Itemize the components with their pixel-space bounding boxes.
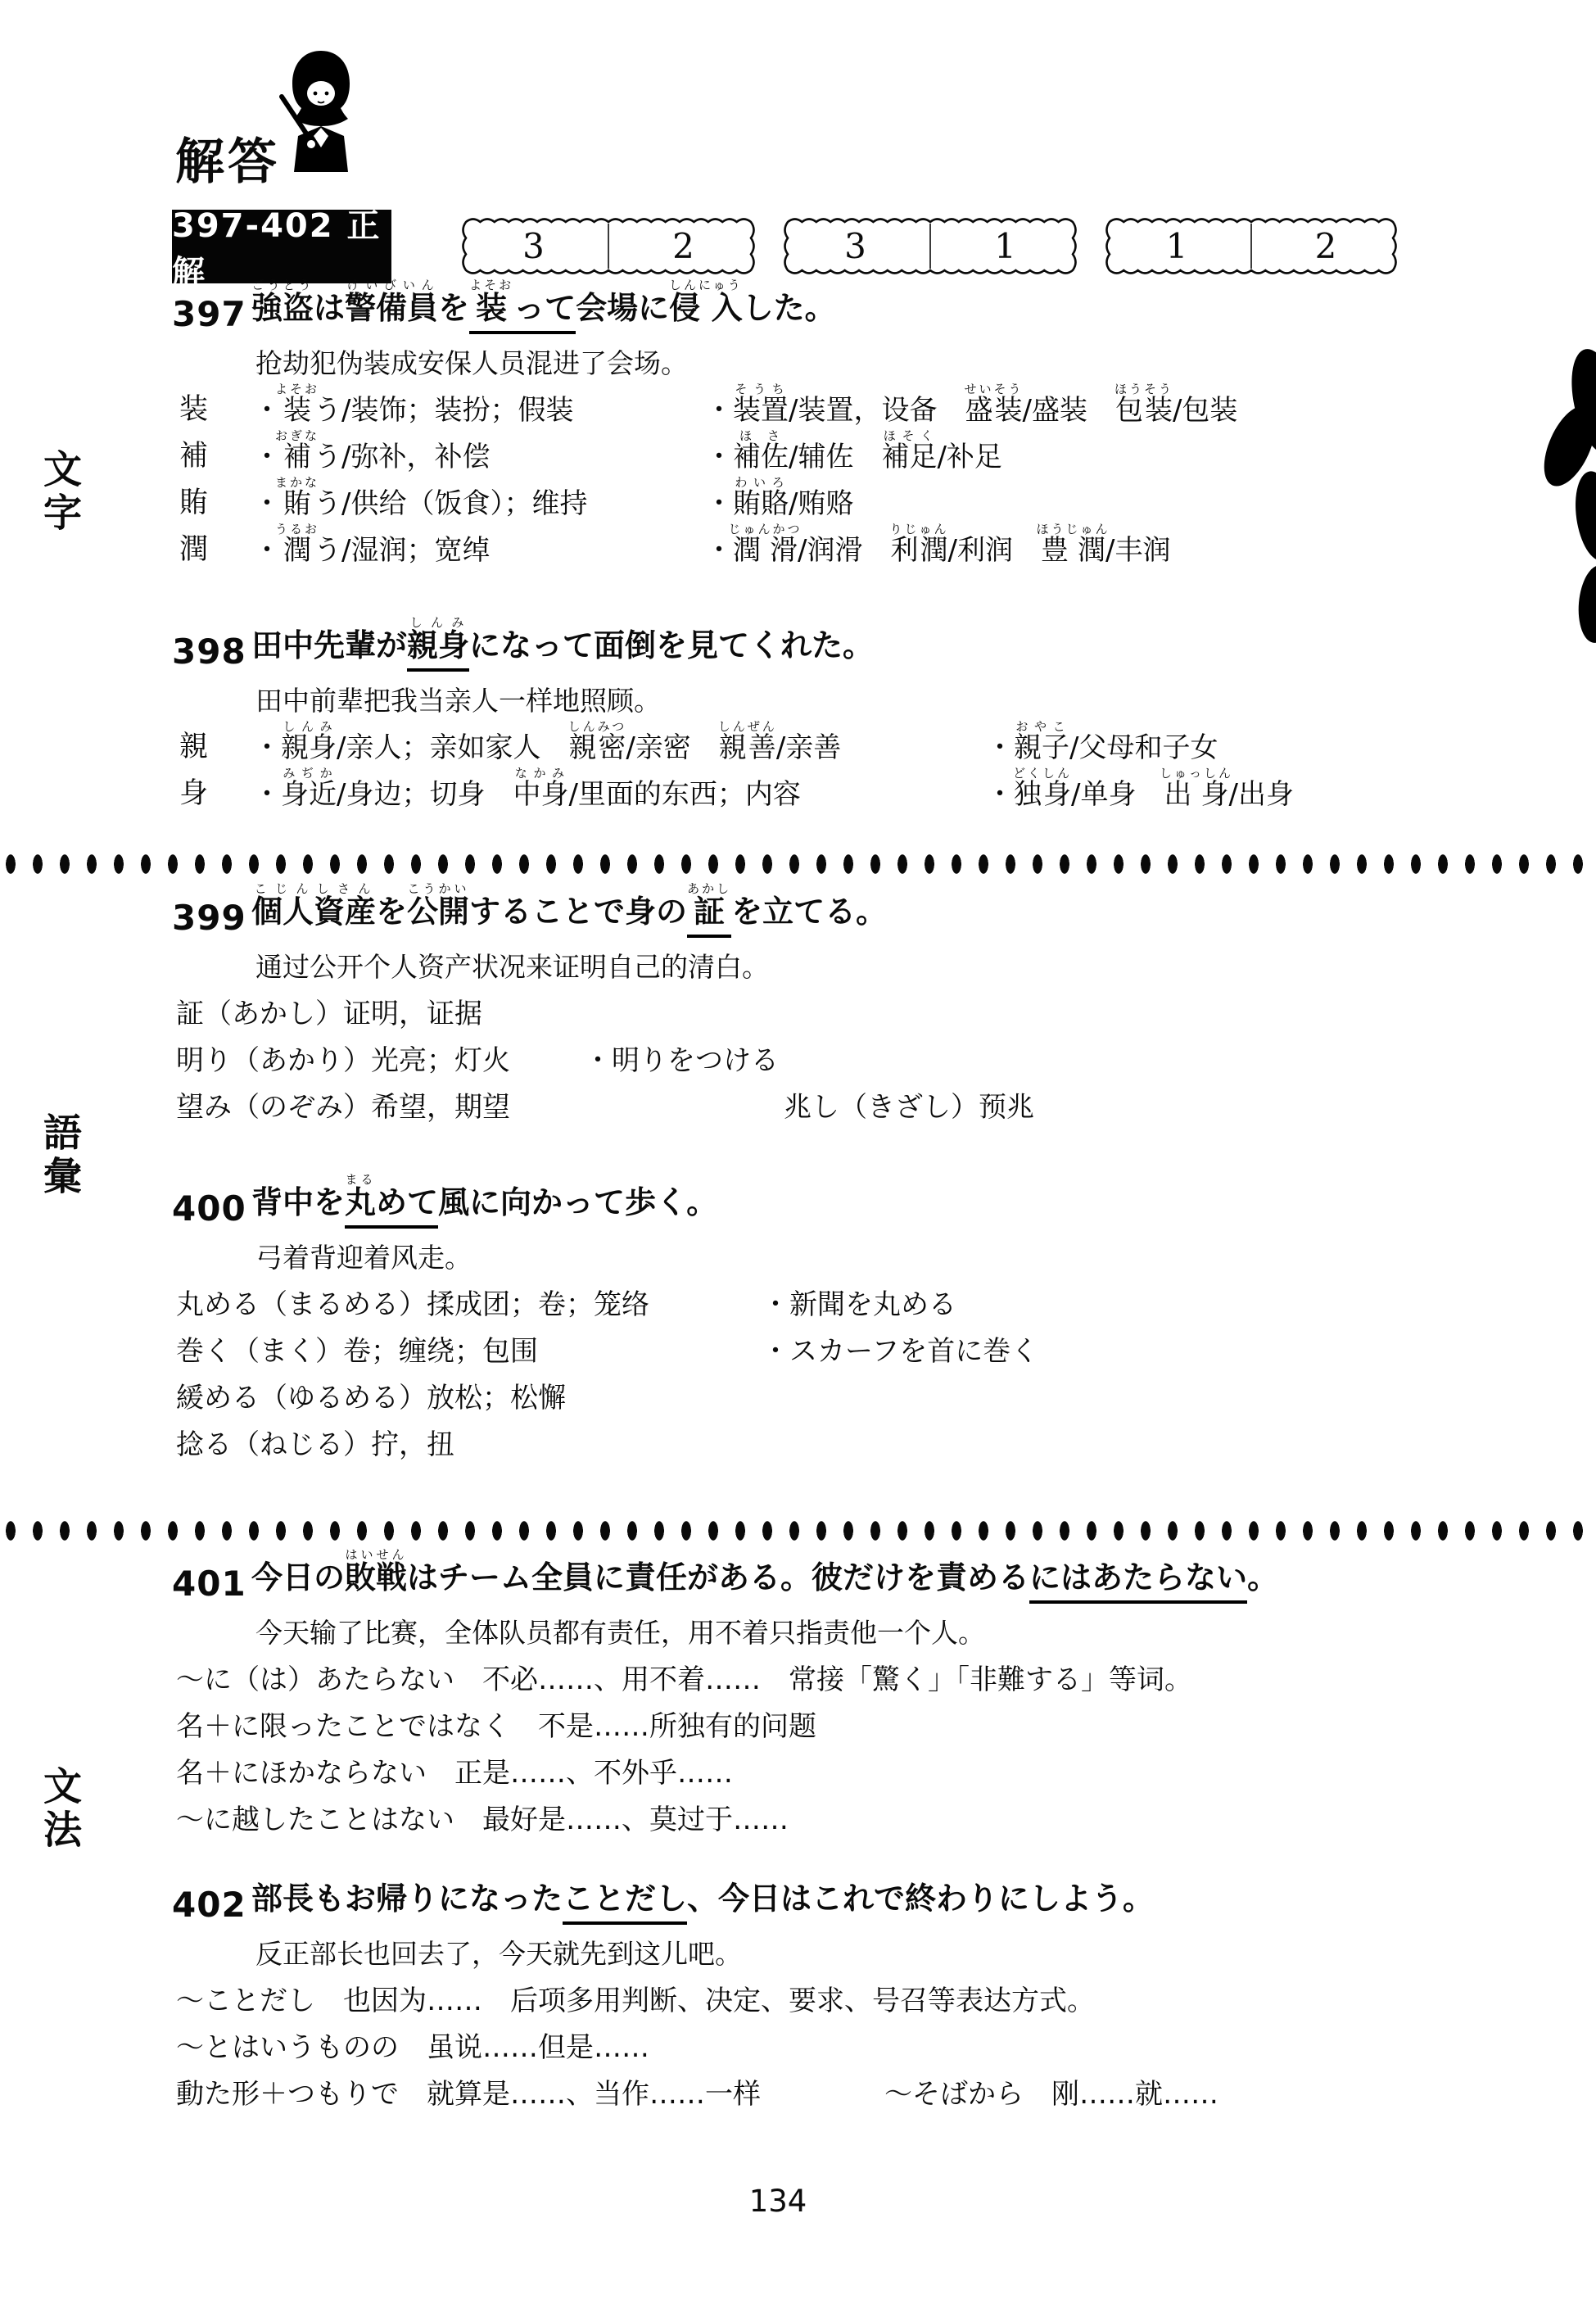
- gloss-line: 緩める（ゆるめる）放松；松懈: [172, 1369, 1482, 1415]
- answer-value: 1: [930, 214, 1080, 278]
- gloss-text: 捻る（ねじる）拧，扭: [176, 1422, 454, 1462]
- vocab-col1: ・潤うるおう/湿润；宽绰: [253, 522, 705, 568]
- teacher-girl-illustration: [270, 46, 372, 198]
- grammar-text: 名＋にほかならない 正是……、不外乎……: [176, 1750, 733, 1790]
- vocab-col2: ・賄賂わいろ/贿赂: [705, 475, 1482, 521]
- page-title: 解答: [175, 123, 280, 193]
- question-text: 個人資産こじんしさんを公開こうかいすることで身の証あかしを立てる。: [251, 881, 887, 938]
- translation-line: 通过公开个人资产状况来证明自己的清白。: [172, 938, 1482, 984]
- grammar-line: 〜に（は）あたらない 不必……、用不着…… 常接「驚く」「非難する」等词。: [172, 1650, 1482, 1697]
- grammar-text: 〜に越したことはない 最好是……、莫过于……: [176, 1797, 789, 1837]
- ink-blob: [1576, 564, 1596, 645]
- question-line: 400 背中を丸まるめて風に向かって歩く。: [172, 1182, 1482, 1229]
- answer-value: 3: [459, 214, 608, 278]
- grammar-text: 〜ことだし 也因为…… 后项多用判断、决定、要求、号召等表达方式。: [176, 1978, 1095, 2018]
- question-number: 400: [172, 1188, 251, 1229]
- gloss-example: ・スカーフを首に巻く: [762, 1328, 1038, 1369]
- vocab-col2: ・独身どくしん/单身 出身しゅっしん/出身: [986, 766, 1482, 812]
- grammar-line: 動た形＋つもりで 就算是……、当作……一样 〜そばから 刚……就……: [172, 2065, 1482, 2112]
- answer-box-1: 3 2: [459, 214, 758, 278]
- gloss-line: 丸める（まるめる）揉成团；卷；笼络 ・新聞を丸める: [172, 1275, 1482, 1322]
- vocab-row: 賄 ・賄まかなう/供给（饭食）；维持 ・賄賂わいろ/贿赂: [172, 474, 1482, 521]
- gloss-line: 巻く（まく）卷；缠绕；包围 ・スカーフを首に巻く: [172, 1322, 1482, 1369]
- grammar-text: 〜に（は）あたらない 不必……、用不着…… 常接「驚く」「非難する」等词。: [176, 1657, 1192, 1697]
- translation-line: 田中前辈把我当亲人一样地照顾。: [172, 672, 1482, 718]
- grammar-line: 〜に越したことはない 最好是……、莫过于……: [172, 1790, 1482, 1837]
- translation-text: 反正部长也回去了，今天就先到这儿吧。: [255, 1933, 742, 1971]
- gloss-text: 明り（あかり）光亮；灯火: [176, 1038, 584, 1078]
- page-number: 134: [721, 2184, 835, 2219]
- question-number: 402: [172, 1885, 251, 1925]
- section-402: 402 部長もお帰りになったことだし、今日はこれで終わりにしよう。 反正部长也回…: [172, 1878, 1482, 2112]
- translation-text: 今天输了比赛，全体队员都有责任，用不着只指责他一个人。: [255, 1612, 985, 1650]
- translation-line: 弓着背迎着风走。: [172, 1229, 1482, 1275]
- answer-value: 2: [608, 214, 758, 278]
- gloss-line: 明り（あかり）光亮；灯火 ・明りをつける: [172, 1031, 1482, 1078]
- grammar-text-2: 〜そばから 刚……就……: [884, 2071, 1218, 2112]
- textbook-answer-page: 解答 397-402 正解 3 2 3 1: [0, 0, 1596, 2322]
- question-line: 402 部長もお帰りになったことだし、今日はこれで終わりにしよう。: [172, 1878, 1482, 1925]
- question-number: 401: [172, 1564, 251, 1604]
- grammar-text: 名＋に限ったことではなく 不是……所独有的问题: [176, 1704, 816, 1744]
- grammar-line: 〜とはいうものの 虽说……但是……: [172, 2018, 1482, 2065]
- gloss-text: 丸める（まるめる）揉成团；卷；笼络: [176, 1282, 762, 1322]
- gloss-text: 望み（のぞみ）希望，期望: [176, 1084, 784, 1125]
- gloss-line: 証（あかし）证明，证据: [172, 984, 1482, 1031]
- section-400: 400 背中を丸まるめて風に向かって歩く。 弓着背迎着风走。 丸める（まるめる）…: [172, 1182, 1482, 1462]
- gloss-example: ・明りをつける: [584, 1038, 779, 1078]
- answer-value: 2: [1251, 214, 1400, 278]
- vocab-col1: ・身近みぢか/身边；切身 中身なかみ/里面的东西；内容: [253, 766, 986, 812]
- question-text: 強盗ごうとうは警備員けいびいんを装よそおって会場に侵 入しんにゅうした。: [251, 278, 836, 334]
- vocab-row: 装 ・装よそおう/装饰；装扮；假装 ・装置そうち/装置，设备 盛装せいそう/盛装…: [172, 381, 1482, 428]
- question-text: 田中先輩が親身しんみになって面倒を見てくれた。: [251, 615, 874, 672]
- grammar-line: 名＋にほかならない 正是……、不外乎……: [172, 1744, 1482, 1790]
- grammar-line: 〜ことだし 也因为…… 后项多用判断、决定、要求、号召等表达方式。: [172, 1971, 1482, 2018]
- question-number: 399: [172, 898, 251, 938]
- vocab-head-kanji: 潤: [172, 527, 253, 568]
- section-397: 397 強盗ごうとうは警備員けいびいんを装よそおって会場に侵 入しんにゅうした。…: [172, 287, 1482, 568]
- question-line: 399 個人資産こじんしさんを公開こうかいすることで身の証あかしを立てる。: [172, 891, 1482, 938]
- question-line: 398 田中先輩が親身しんみになって面倒を見てくれた。: [172, 625, 1482, 672]
- question-text: 部長もお帰りになったことだし、今日はこれで終わりにしよう。: [251, 1873, 1154, 1925]
- ink-blob: [1571, 468, 1596, 564]
- vocab-col2: ・親子おやこ/父母和子女: [986, 719, 1482, 765]
- translation-text: 弓着背迎着风走。: [255, 1237, 472, 1275]
- vocab-col1: ・賄まかなう/供给（饭食）；维持: [253, 475, 705, 521]
- question-number: 398: [172, 631, 251, 672]
- answer-box-3: 1 2: [1102, 214, 1400, 278]
- vocab-col1: ・親身しんみ/亲人；亲如家人 親密しんみつ/亲密 親善しんぜん/亲善: [253, 719, 986, 765]
- gloss-text: 証（あかし）证明，证据: [176, 991, 482, 1031]
- vocab-head-kanji: 身: [172, 771, 253, 812]
- gloss-line: 捻る（ねじる）拧，扭: [172, 1415, 1482, 1462]
- translation-text: 抢劫犯伪装成安保人员混进了会场。: [255, 342, 688, 381]
- vocab-row: 親 ・親身しんみ/亲人；亲如家人 親密しんみつ/亲密 親善しんぜん/亲善 ・親子…: [172, 718, 1482, 765]
- translation-text: 通过公开个人资产状况来证明自己的清白。: [255, 946, 769, 984]
- vocab-head-kanji: 装: [172, 387, 253, 428]
- vocab-col2: ・潤滑じゅんかつ/润滑 利潤りじゅん/利润 豊潤ほうじゅん/丰润: [705, 522, 1482, 568]
- vocab-col2: ・補佐ほさ/辅佐 補足ほそく/补足: [705, 428, 1482, 474]
- question-text: 今日の敗戦はいせんはチーム全員に責任がある。彼だけを責めるにはあたらない。: [251, 1547, 1278, 1604]
- vocab-row: 補 ・補おぎなう/弥补，补偿 ・補佐ほさ/辅佐 補足ほそく/补足: [172, 428, 1482, 474]
- vocab-head-kanji: 賄: [172, 480, 253, 521]
- translation-text: 田中前辈把我当亲人一样地照顾。: [255, 680, 661, 718]
- translation-line: 抢劫犯伪装成安保人员混进了会场。: [172, 334, 1482, 381]
- vocab-head-kanji: 補: [172, 433, 253, 474]
- question-text: 背中を丸まるめて風に向かって歩く。: [251, 1172, 717, 1229]
- vocab-row: 潤 ・潤うるおう/湿润；宽绰 ・潤滑じゅんかつ/润滑 利潤りじゅん/利润 豊潤ほ…: [172, 521, 1482, 568]
- question-number: 397: [172, 294, 251, 334]
- translation-line: 今天输了比赛，全体队员都有责任，用不着只指责他一个人。: [172, 1604, 1482, 1650]
- dotted-divider: [0, 1520, 1596, 1541]
- gloss-text: 巻く（まく）卷；缠绕；包围: [176, 1328, 762, 1369]
- answer-range-badge: 397-402 正解: [172, 210, 391, 283]
- section-398: 398 田中先輩が親身しんみになって面倒を見てくれた。 田中前辈把我当亲人一样地…: [172, 625, 1482, 812]
- answer-value: 1: [1102, 214, 1251, 278]
- translation-line: 反正部长也回去了，今天就先到这儿吧。: [172, 1925, 1482, 1971]
- question-line: 397 強盗ごうとうは警備員けいびいんを装よそおって会場に侵 入しんにゅうした。: [172, 287, 1482, 334]
- grammar-text: 〜とはいうものの 虽说……但是……: [176, 2025, 649, 2065]
- vocab-col1: ・補おぎなう/弥补，补偿: [253, 428, 705, 474]
- answer-value: 3: [780, 214, 930, 278]
- vocab-col2: ・装置そうち/装置，设备 盛装せいそう/盛装 包装ほうそう/包装: [705, 382, 1482, 428]
- sidebar-label-goi: 語彙: [36, 1112, 82, 1199]
- dotted-divider: [0, 853, 1596, 875]
- gloss-example: 兆し（きざし）预兆: [784, 1084, 1034, 1125]
- question-line: 401 今日の敗戦はいせんはチーム全員に責任がある。彼だけを責めるにはあたらない…: [172, 1557, 1482, 1604]
- vocab-head-kanji: 親: [172, 724, 253, 765]
- sidebar-label-bunpo: 文法: [36, 1766, 82, 1853]
- grammar-line: 名＋に限ったことではなく 不是……所独有的问题: [172, 1697, 1482, 1744]
- gloss-line: 望み（のぞみ）希望，期望 兆し（きざし）预兆: [172, 1078, 1482, 1125]
- vocab-row: 身 ・身近みぢか/身边；切身 中身なかみ/里面的东西；内容 ・独身どくしん/单身…: [172, 765, 1482, 812]
- section-401: 401 今日の敗戦はいせんはチーム全員に責任がある。彼だけを責めるにはあたらない…: [172, 1557, 1482, 1837]
- gloss-example: ・新聞を丸める: [762, 1282, 956, 1322]
- answer-box-2: 3 1: [780, 214, 1080, 278]
- vocab-col1: ・装よそおう/装饰；装扮；假装: [253, 382, 705, 428]
- sidebar-label-moji: 文字: [36, 449, 82, 536]
- gloss-text: 緩める（ゆるめる）放松；松懈: [176, 1375, 566, 1415]
- section-399: 399 個人資産こじんしさんを公開こうかいすることで身の証あかしを立てる。 通过…: [172, 891, 1482, 1125]
- grammar-text: 動た形＋つもりで 就算是……、当作……一样: [176, 2071, 884, 2112]
